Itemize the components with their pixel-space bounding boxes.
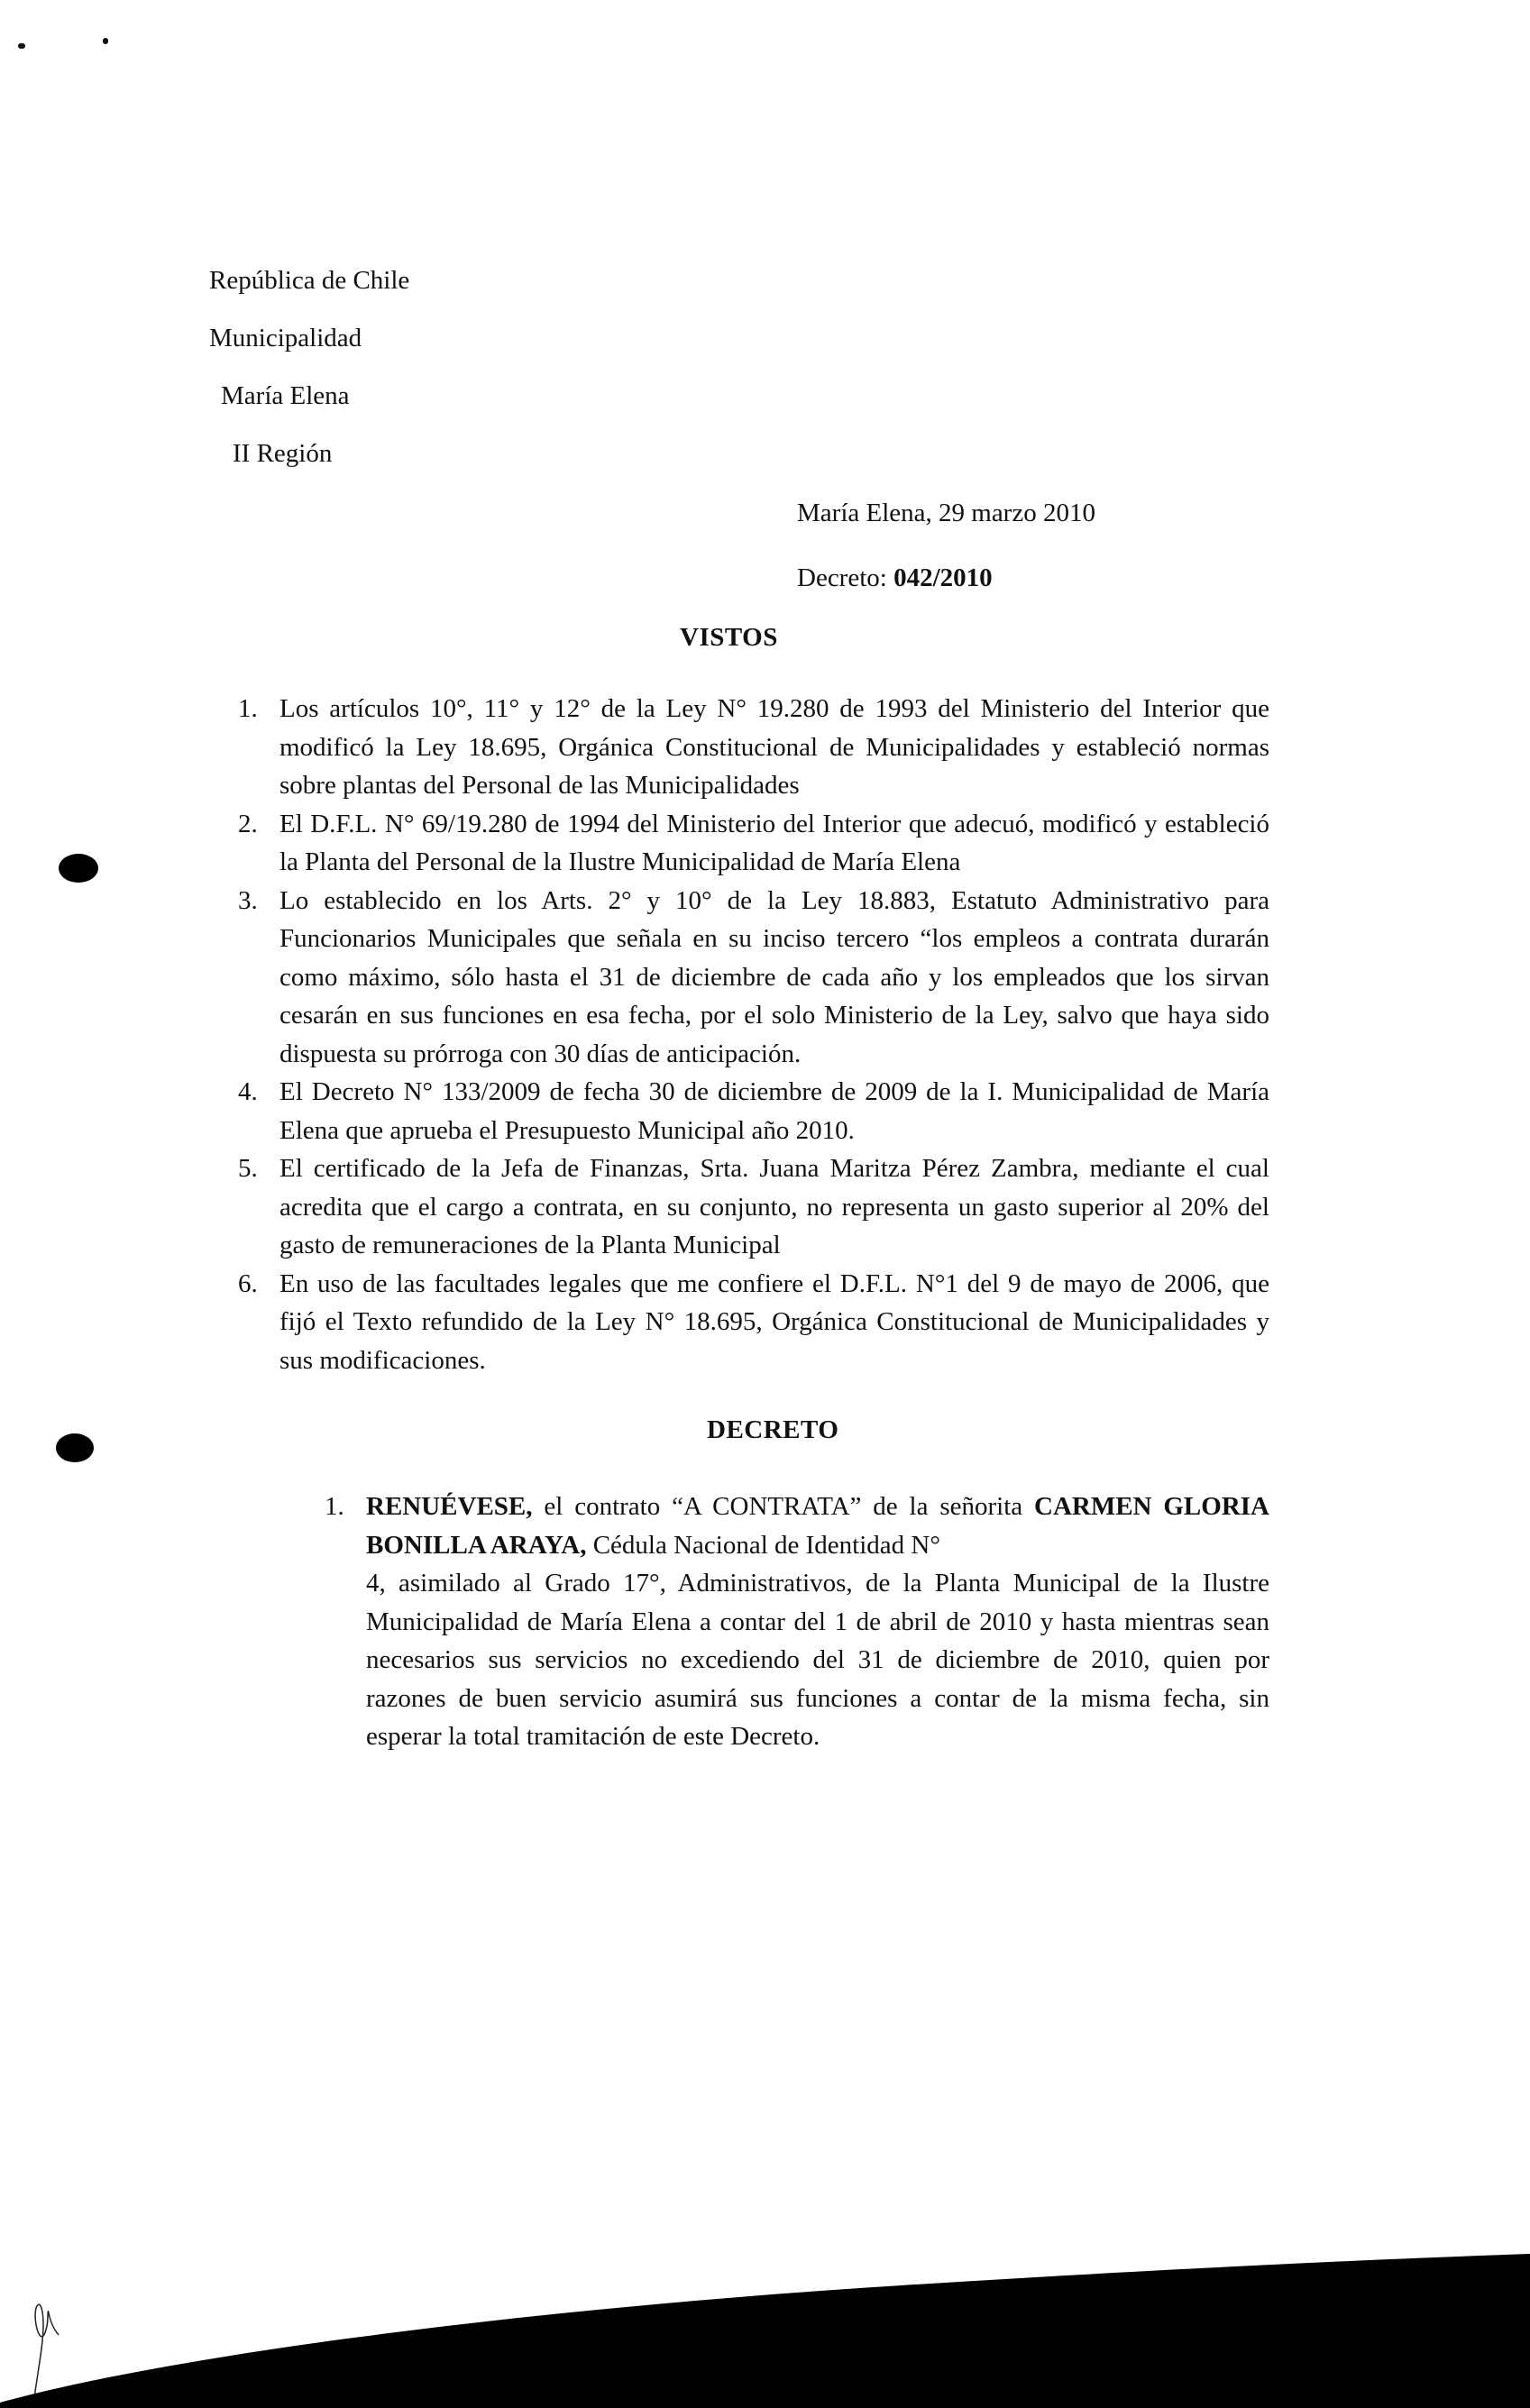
- decreto-heading: DECRETO: [707, 1411, 838, 1449]
- item-text: 4, asimilado al Grado 17°, Administrativ…: [366, 1569, 1269, 1751]
- item-number: 3.: [238, 882, 258, 920]
- date-line: María Elena, 29 marzo 2010: [797, 494, 1095, 532]
- vistos-list: 1.Los artículos 10°, 11° y 12° de la Ley…: [279, 690, 1269, 1379]
- header-line-country: República de Chile: [209, 261, 409, 299]
- vistos-item: 5.El certificado de la Jefa de Finanzas,…: [279, 1149, 1269, 1265]
- item-number: 1.: [325, 1488, 344, 1526]
- header-line-commune: María Elena: [221, 377, 350, 415]
- item-number: 2.: [238, 805, 258, 844]
- item-text: Cédula Nacional de Identidad N°: [586, 1531, 940, 1560]
- decreto-list: 1. RENUÉVESE, el contrato “A CONTRATA” d…: [366, 1488, 1269, 1756]
- item-text: En uso de las facultades legales que me …: [279, 1269, 1269, 1375]
- vistos-item: 3.Lo establecido en los Arts. 2° y 10° d…: [279, 882, 1269, 1074]
- header-line-entity: Municipalidad: [209, 319, 362, 357]
- item-text: el contrato “A CONTRATA” de la señorita: [533, 1492, 1034, 1521]
- punch-hole: [59, 854, 98, 883]
- renewal-verb: RENUÉVESE,: [366, 1492, 533, 1521]
- item-number: 6.: [238, 1265, 258, 1304]
- document-page: República de Chile Municipalidad María E…: [0, 0, 1530, 2408]
- vistos-item: 2.El D.F.L. N° 69/19.280 de 1994 del Min…: [279, 805, 1269, 882]
- vistos-item: 6.En uso de las facultades legales que m…: [279, 1265, 1269, 1380]
- decree-number-label: Decreto:: [797, 563, 887, 592]
- item-text: El Decreto N° 133/2009 de fecha 30 de di…: [279, 1077, 1269, 1145]
- decreto-item: 1. RENUÉVESE, el contrato “A CONTRATA” d…: [366, 1488, 1269, 1756]
- header-line-region: II Región: [233, 435, 332, 472]
- vistos-item: 4.El Decreto N° 133/2009 de fecha 30 de …: [279, 1073, 1269, 1149]
- punch-hole: [56, 1433, 94, 1462]
- item-text: El certificado de la Jefa de Finanzas, S…: [279, 1154, 1269, 1259]
- vistos-item: 1.Los artículos 10°, 11° y 12° de la Ley…: [279, 690, 1269, 805]
- item-number: 5.: [238, 1149, 258, 1188]
- scan-speck: [18, 43, 25, 49]
- scan-speck: [103, 38, 108, 44]
- item-number: 4.: [238, 1073, 258, 1112]
- item-text: Los artículos 10°, 11° y 12° de la Ley N…: [279, 694, 1269, 800]
- item-text: Lo establecido en los Arts. 2° y 10° de …: [279, 886, 1269, 1068]
- vistos-heading: VISTOS: [680, 618, 778, 656]
- item-text: El D.F.L. N° 69/19.280 de 1994 del Minis…: [279, 810, 1269, 877]
- scan-edge-shadow: [0, 2236, 1530, 2408]
- item-number: 1.: [238, 690, 258, 728]
- decree-number: Decreto: 042/2010: [797, 559, 993, 597]
- decree-number-value: 042/2010: [893, 563, 993, 592]
